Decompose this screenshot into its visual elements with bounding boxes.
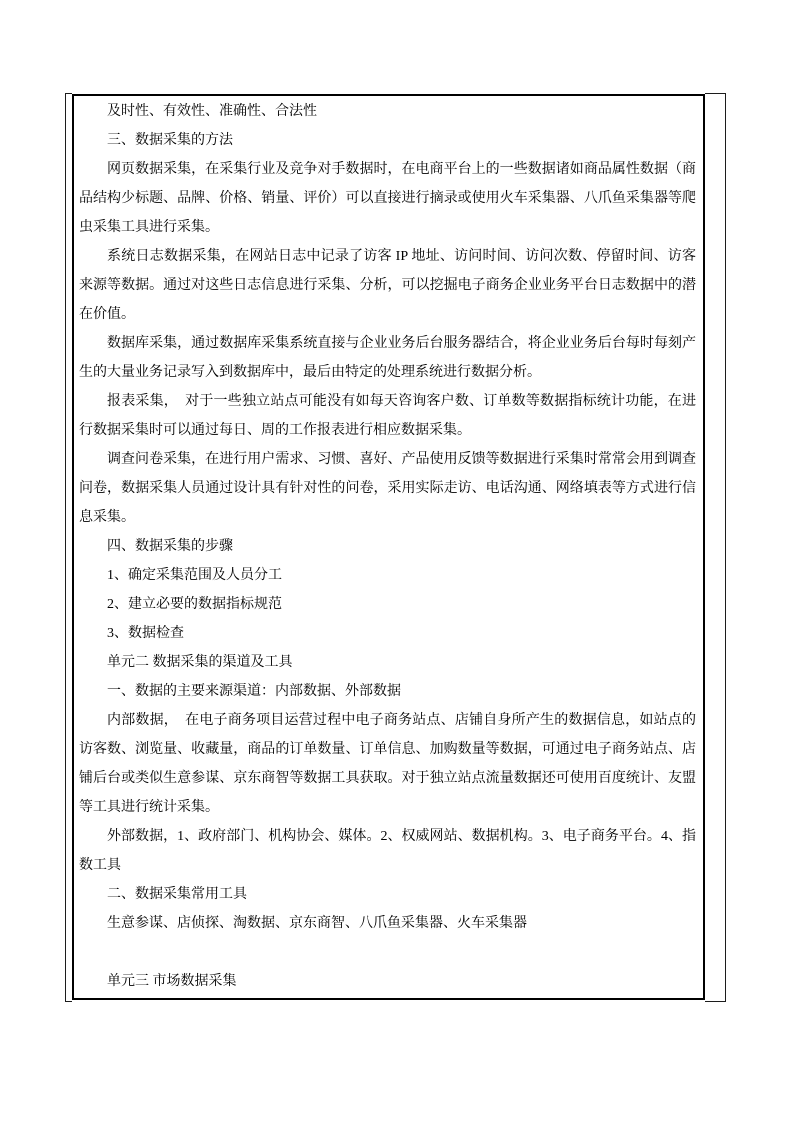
lesson-plan-table: 及时性、有效性、准确性、合法性 三、数据采集的方法 网页数据采集，在采集行业及竞…	[65, 93, 726, 1002]
blank-line	[79, 938, 696, 967]
paragraph: 外部数据，1、政府部门、机构协会、媒体。2、权威网站、数据机构。3、电子商务平台…	[79, 822, 696, 880]
unit-heading: 单元三 市场数据采集	[79, 967, 696, 996]
paragraph: 网页数据采集，在采集行业及竞争对手数据时，在电商平台上的一些数据诸如商品属性数据…	[79, 155, 696, 242]
section-heading: 三、数据采集的方法	[79, 126, 696, 155]
list-item: 3、数据检查	[79, 619, 696, 648]
table-content-cell: 及时性、有效性、准确性、合法性 三、数据采集的方法 网页数据采集，在采集行业及竞…	[72, 94, 705, 1000]
table-right-margin-column	[705, 93, 726, 1002]
paragraph: 系统日志数据采集，在网站日志中记录了访客 IP 地址、访问时间、访问次数、停留时…	[79, 242, 696, 329]
list-item: 1、确定采集范围及人员分工	[79, 561, 696, 590]
section-heading: 二、数据采集常用工具	[79, 880, 696, 909]
paragraph: 生意参谋、店侦探、淘数据、京东商智、八爪鱼采集器、火车采集器	[79, 909, 696, 938]
paragraph: 数据库采集，通过数据库采集系统直接与企业业务后台服务器结合，将企业业务后台每时每…	[79, 329, 696, 387]
paragraph: 及时性、有效性、准确性、合法性	[79, 97, 696, 126]
section-heading: 一、数据的主要来源渠道：内部数据、外部数据	[79, 677, 696, 706]
paragraph: 调查问卷采集，在进行用户需求、习惯、喜好、产品使用反馈等数据进行采集时常常会用到…	[79, 445, 696, 532]
paragraph: 报表采集， 对于一些独立站点可能没有如每天咨询客户数、订单数等数据指标统计功能，…	[79, 387, 696, 445]
unit-heading: 单元二 数据采集的渠道及工具	[79, 648, 696, 677]
document-page: { "document": { "paragraphs": [ "及时性、有效性…	[0, 0, 793, 1122]
table-left-margin-column	[65, 93, 72, 1002]
list-item: 2、建立必要的数据指标规范	[79, 590, 696, 619]
paragraph: 内部数据， 在电子商务项目运营过程中电子商务站点、店铺自身所产生的数据信息，如站…	[79, 706, 696, 822]
section-heading: 四、数据采集的步骤	[79, 532, 696, 561]
